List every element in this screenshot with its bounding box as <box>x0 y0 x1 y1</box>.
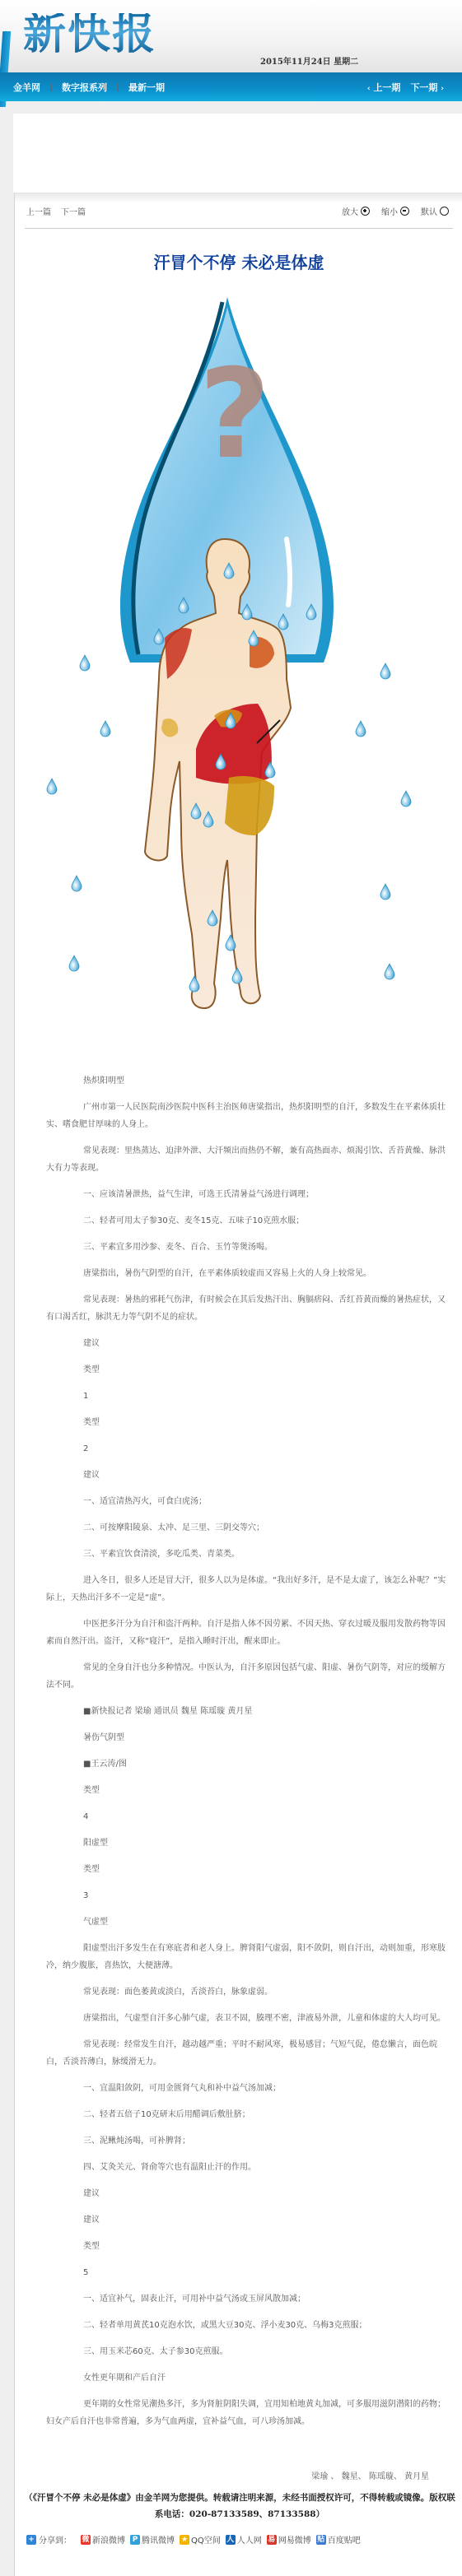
article-paragraph: 1 <box>46 1388 451 1405</box>
share-bar: + 分享到： 微 新浪微博 P 腾讯微博 ★ QQ空间 人 人人网 易 网易微博… <box>26 2533 363 2546</box>
article-paragraph: 三、平素宜饮食清淡，多吃瓜类、青菜类。 <box>46 1546 451 1563</box>
issue-date: 2015年11月24日 星期二 <box>260 54 358 67</box>
copyright-notice: （《汗冒个不停 未必是体虚》由金羊网为您提供。转载请注明来源，未经书面授权许可，… <box>21 2490 458 2523</box>
article-paragraph: 女性更年期和产后自汗 <box>46 2369 451 2387</box>
share-baidu-tieba[interactable]: 贴 百度贴吧 <box>316 2533 361 2546</box>
article-paragraph: 唐粱指出，气虚型自汗多心肺气虚，表卫不固，腠理不密，津液易外泄，儿童和体虚的大人… <box>46 2010 451 2027</box>
article-paragraph: 三、用玉米芯60克、太子参30克煎服。 <box>46 2343 451 2360</box>
article-pager: 上一篇 下一篇 <box>26 205 86 217</box>
article-paragraph: 4 <box>46 1808 451 1825</box>
zoom-default-label: 默认 <box>421 205 437 217</box>
chevron-right-icon: › <box>441 85 444 93</box>
article-paragraph: 热炽阳明型 <box>46 1072 451 1090</box>
font-size-controls: 放大 缩小 默认 <box>342 205 449 217</box>
article-paragraph: 常见表现：暑热的邪耗气伤津，有时候会在其后发热汗出、胸膈痞闷、舌红苔黄而燥的暑热… <box>46 1291 451 1326</box>
article-paragraph: 二、轻者五倍子10克研末后用醋调后敷肚脐； <box>46 2106 451 2123</box>
article-paragraph: 广州市第一人民医院南沙医院中医科主治医师唐粱指出，热炽阳明型的自汗，多数发生在平… <box>46 1099 451 1133</box>
article-paragraph: 常见的全身自汗也分多种情况。中医认为，自汗多原因包括气虚、阳虚、暑伤气阴等，对应… <box>46 1659 451 1694</box>
article-paragraph: 气虚型 <box>46 1913 451 1931</box>
nav-separator <box>117 83 119 91</box>
plus-square-icon[interactable]: + <box>26 2535 36 2545</box>
zoom-default-button[interactable]: 默认 <box>421 205 449 217</box>
share-netease-weibo[interactable]: 易 网易微博 <box>267 2533 311 2546</box>
article-paragraph: 常见表现：经常发生自汗，越动越严重；平时不耐风寒，极易感冒；气短气促，倦怠懒言，… <box>46 2036 451 2071</box>
article-toolbar: 上一篇 下一篇 放大 缩小 默认 <box>26 205 449 221</box>
issue-navigation: ‹ 上一期 下一期 › <box>367 81 444 94</box>
blank-banner-area <box>13 114 462 193</box>
article-paragraph: 二、可按摩阳陵泉、太冲、足三里、三阴交等穴； <box>46 1519 451 1537</box>
svg-text:?: ? <box>198 343 270 486</box>
netease-weibo-icon: 易 <box>267 2535 277 2545</box>
article-paragraph: 建议 <box>46 1335 451 1352</box>
zoom-in-label: 放大 <box>342 205 358 217</box>
tencent-weibo-icon: P <box>130 2535 140 2545</box>
article-panel: 上一篇 下一篇 放大 缩小 默认 汗冒个不停 未必是体虚 <box>14 193 462 2576</box>
article-paragraph: 三、泥鳅炖汤喝，可补脾肾； <box>46 2132 451 2150</box>
zoom-in-button[interactable]: 放大 <box>342 205 370 217</box>
chevron-left-icon: ‹ <box>367 85 371 93</box>
article-paragraph: 常见表现：面色萎黄或淡白，舌淡苔白，脉象虚弱。 <box>46 1983 451 2001</box>
nav-link-latest-issue[interactable]: 最新一期 <box>128 81 165 94</box>
article-paragraph: 二、轻者单用黄芪10克泡水饮，或黑大豆30克、浮小麦30克、乌梅3克煎服； <box>46 2317 451 2334</box>
prev-issue-label: 上一期 <box>373 82 400 93</box>
article-paragraph: 进入冬日，很多人还是冒大汗，很多人以为是体虚。“我出好多汗，是不是太虚了，该怎么… <box>46 1572 451 1607</box>
article-paragraph: 常见表现：里热蒸达、迫津外泄、大汗频出而热仍不解，兼有高热面赤、烦渴引饮、舌苔黄… <box>46 1142 451 1177</box>
nav-link-digital-series[interactable]: 数字报系列 <box>62 81 107 94</box>
article-paragraph: 类型 <box>46 1361 451 1379</box>
article-paragraph: 2 <box>46 1440 451 1458</box>
article-paragraph: 5 <box>46 2264 451 2281</box>
article-paragraph: 类型 <box>46 2238 451 2255</box>
masthead: 新快报 2015年11月24日 星期二 <box>0 0 462 72</box>
article-title: 汗冒个不停 未必是体虚 <box>15 249 462 273</box>
share-sina-weibo[interactable]: 微 新浪微博 <box>81 2533 125 2546</box>
article-paragraph: 暑伤气阴型 <box>46 1729 451 1746</box>
renren-icon: 人 <box>226 2535 236 2545</box>
share-tencent-weibo[interactable]: P 腾讯微博 <box>130 2533 175 2546</box>
top-nav-bar: 金羊网 数字报系列 最新一期 ‹ 上一期 下一期 › <box>0 72 462 101</box>
article-paragraph: 阳虚型 <box>46 1834 451 1852</box>
toolbar-divider <box>25 228 453 229</box>
share-qzone[interactable]: ★ QQ空间 <box>180 2533 221 2546</box>
article-paragraph: 建议 <box>46 1467 451 1484</box>
circle-icon <box>440 207 449 216</box>
article-paragraph: 一、适宜清热泻火，可食白虎汤； <box>46 1493 451 1510</box>
share-target-label: 百度贴吧 <box>328 2533 361 2546</box>
share-label: 分享到： <box>39 2533 72 2546</box>
newspaper-logo[interactable]: 新快报 <box>23 13 156 56</box>
article-paragraph: 唐粱指出，暑伤气阴型的自汗，在平素体质较虚而又容易上火的人身上较常见。 <box>46 1265 451 1282</box>
next-issue-label: 下一期 <box>410 82 437 93</box>
sina-weibo-icon: 微 <box>81 2535 91 2545</box>
article-paragraph: 建议 <box>46 2185 451 2202</box>
share-renren[interactable]: 人 人人网 <box>226 2533 262 2546</box>
article-illustration: ? <box>40 292 435 1049</box>
article-paragraph: 3 <box>46 1887 451 1904</box>
zoom-out-label: 缩小 <box>381 205 398 217</box>
share-target-label: 网易微博 <box>278 2533 311 2546</box>
article-body: 热炽阳明型 广州市第一人民医院南沙医院中医科主治医师唐粱指出，热炽阳明型的自汗，… <box>46 1072 451 2439</box>
article-paragraph: 一、宜温阳敛阴，可用金匮肾气丸和补中益气汤加减； <box>46 2080 451 2097</box>
share-target-label: 新浪微博 <box>92 2533 125 2546</box>
prev-issue-button[interactable]: ‹ 上一期 <box>367 81 401 94</box>
zoom-out-button[interactable]: 缩小 <box>381 205 409 217</box>
share-target-label: QQ空间 <box>191 2533 221 2546</box>
article-paragraph: 一、应该清暑泄热，益气生津，可选王氏清暑益气汤进行调理； <box>46 1186 451 1203</box>
article-paragraph: 中医把多汗分为自汗和盗汗两种。自汗是指人体不因劳累、不因天热、穿衣过暖及服用发散… <box>46 1616 451 1650</box>
article-paragraph: 一、适宜补气，固表止汗，可用补中益气汤或玉屏风散加减； <box>46 2290 451 2308</box>
panel-shadow <box>15 193 462 203</box>
next-article-link[interactable]: 下一篇 <box>61 205 86 217</box>
article-paragraph: 类型 <box>46 1414 451 1431</box>
article-paragraph: 类型 <box>46 1782 451 1799</box>
nav-separator <box>50 83 52 91</box>
article-paragraph: 四、艾灸关元、肾俞等穴也有温阳止汗的作用。 <box>46 2159 451 2176</box>
share-target-label: 人人网 <box>237 2533 262 2546</box>
baidu-tieba-icon: 贴 <box>316 2535 326 2545</box>
nav-link-jinyang[interactable]: 金羊网 <box>13 81 40 94</box>
article-paragraph: 建议 <box>46 2211 451 2229</box>
article-paragraph: ■王云涛/图 <box>46 1755 451 1773</box>
article-paragraph: 更年期的女性常见潮热多汗，多为肾脏阴阳失调，宜用知柏地黄丸加减，可多服用滋阴潜阳… <box>46 2396 451 2430</box>
plus-circle-icon <box>361 207 370 216</box>
article-paragraph: 二、轻者可用太子参30克、麦冬15克、五味子10克煎水服； <box>46 1212 451 1230</box>
qzone-icon: ★ <box>180 2535 189 2545</box>
article-paragraph: ■新快报记者 梁瑜 通讯员 魏星 陈瑶璇 黄月星 <box>46 1703 451 1720</box>
article-paragraph: 三、平素宜多用沙参、麦冬、百合、玉竹等煲汤喝。 <box>46 1239 451 1256</box>
article-paragraph: 阳虚型出汗多发生在有寒底者和老人身上。脾肾阳气虚弱，阳不敛阴，则自汗出，动则加重… <box>46 1940 451 1974</box>
share-target-label: 腾讯微博 <box>142 2533 175 2546</box>
article-byline: 梁瑜 、 魏星、 陈瑶璇、 黄月星 <box>311 2469 429 2481</box>
minus-circle-icon <box>400 207 409 216</box>
next-issue-button[interactable]: 下一期 › <box>410 81 444 94</box>
prev-article-link[interactable]: 上一篇 <box>26 205 51 217</box>
article-paragraph: 类型 <box>46 1861 451 1878</box>
nav-links: 金羊网 数字报系列 最新一期 <box>13 81 165 94</box>
